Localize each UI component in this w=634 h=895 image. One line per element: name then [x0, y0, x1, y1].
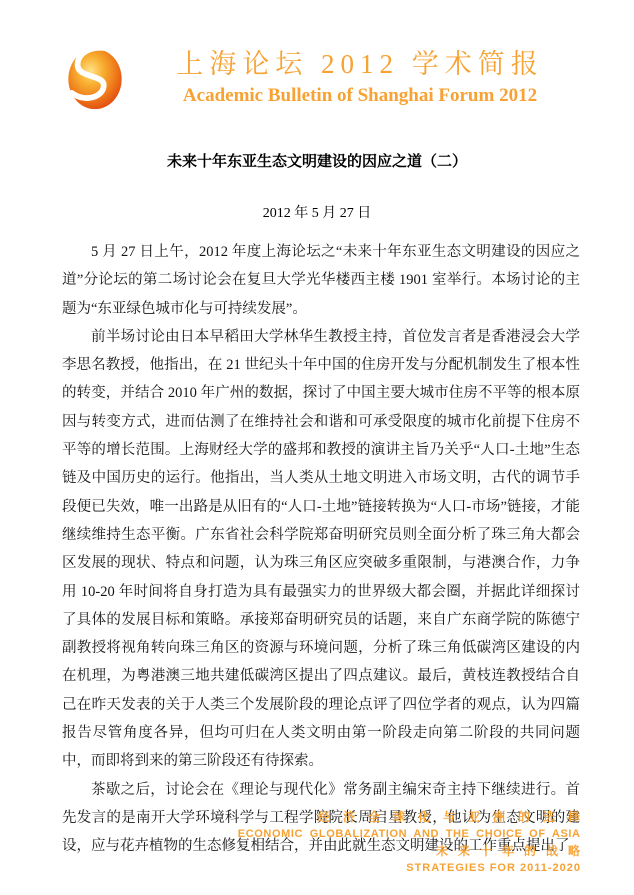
header-titles: 上海论坛 2012 学术简报 Academic Bulletin of Shan…	[145, 48, 575, 108]
footer-strategy-english: STRATEGIES FOR 2011-2020	[238, 860, 581, 877]
document-title: 未来十年东亚生态文明建设的因应之道（二）	[0, 150, 634, 171]
footer-theme-chinese: 经济全球化与亚洲的选择	[238, 809, 593, 826]
document-body: 5 月 27 日上午，2012 年度上海论坛之“未来十年东亚生态文明建设的因应之…	[62, 238, 580, 861]
page-header: 上海论坛 2012 学术简报 Academic Bulletin of Shan…	[0, 0, 634, 140]
page-footer: 经济全球化与亚洲的选择 ECONOMIC GLOBALIZATION AND T…	[238, 809, 580, 877]
bulletin-page: 上海论坛 2012 学术简报 Academic Bulletin of Shan…	[0, 0, 634, 895]
footer-theme-english: ECONOMIC GLOBALIZATION AND THE CHOICE OF…	[238, 826, 581, 843]
document-date: 2012 年 5 月 27 日	[0, 202, 634, 222]
forum-title-chinese: 上海论坛 2012 学术简报	[145, 48, 575, 80]
footer-strategy-chinese: 未来十年的战略	[238, 843, 590, 860]
paragraph-2: 前半场讨论由日本早稻田大学林华生教授主持，首位发言者是香港浸会大学李思名教授，他…	[62, 323, 580, 776]
forum-title-english: Academic Bulletin of Shanghai Forum 2012	[145, 84, 575, 108]
shanghai-forum-logo-icon	[66, 43, 124, 115]
paragraph-1: 5 月 27 日上午，2012 年度上海论坛之“未来十年东亚生态文明建设的因应之…	[62, 238, 580, 323]
